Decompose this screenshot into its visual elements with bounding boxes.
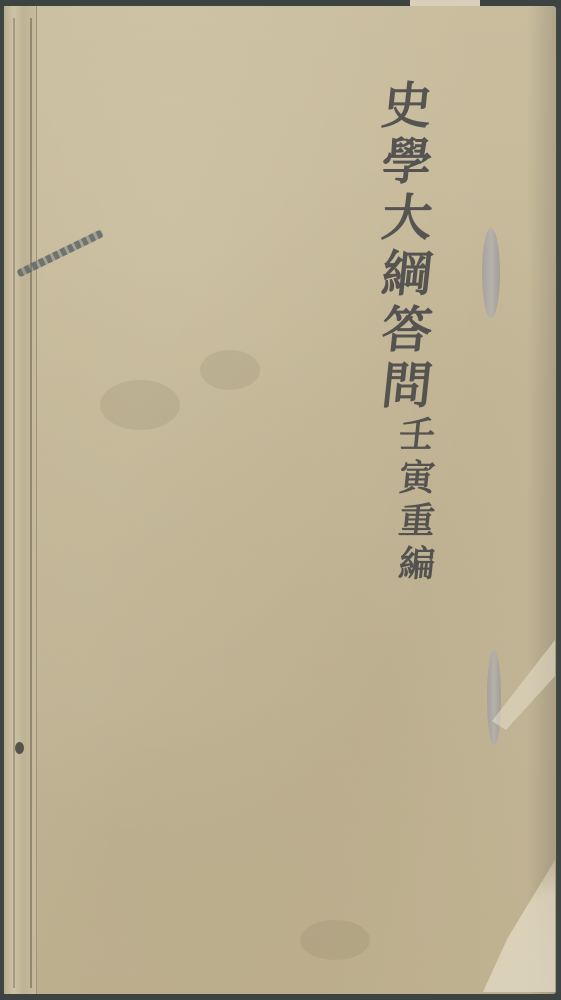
subtitle-char: 壬 — [397, 414, 438, 457]
subtitle-char: 重 — [397, 500, 438, 543]
book-cover — [4, 6, 556, 994]
spine-fold-line — [13, 18, 15, 988]
title-char: 問 — [379, 358, 435, 414]
subtitle-char: 編 — [397, 543, 438, 586]
stain — [200, 350, 260, 390]
title-char: 答 — [379, 302, 435, 358]
book-spine — [4, 6, 37, 994]
binding-slit-upper — [482, 228, 500, 318]
title-char: 大 — [379, 190, 435, 246]
stain — [100, 380, 180, 430]
binding-slit-lower — [487, 650, 501, 745]
cover-subtitle: 壬 寅 重 編 — [392, 414, 442, 586]
title-char: 綱 — [379, 246, 435, 302]
right-edge-wear — [527, 6, 557, 994]
title-char: 學 — [379, 134, 435, 190]
stain — [300, 920, 370, 960]
subtitle-char: 寅 — [397, 457, 438, 500]
title-char: 史 — [379, 78, 435, 134]
cover-title: 史 學 大 綱 答 問 — [372, 78, 442, 414]
spine-fold-line — [30, 18, 32, 988]
ink-spot — [15, 742, 24, 754]
